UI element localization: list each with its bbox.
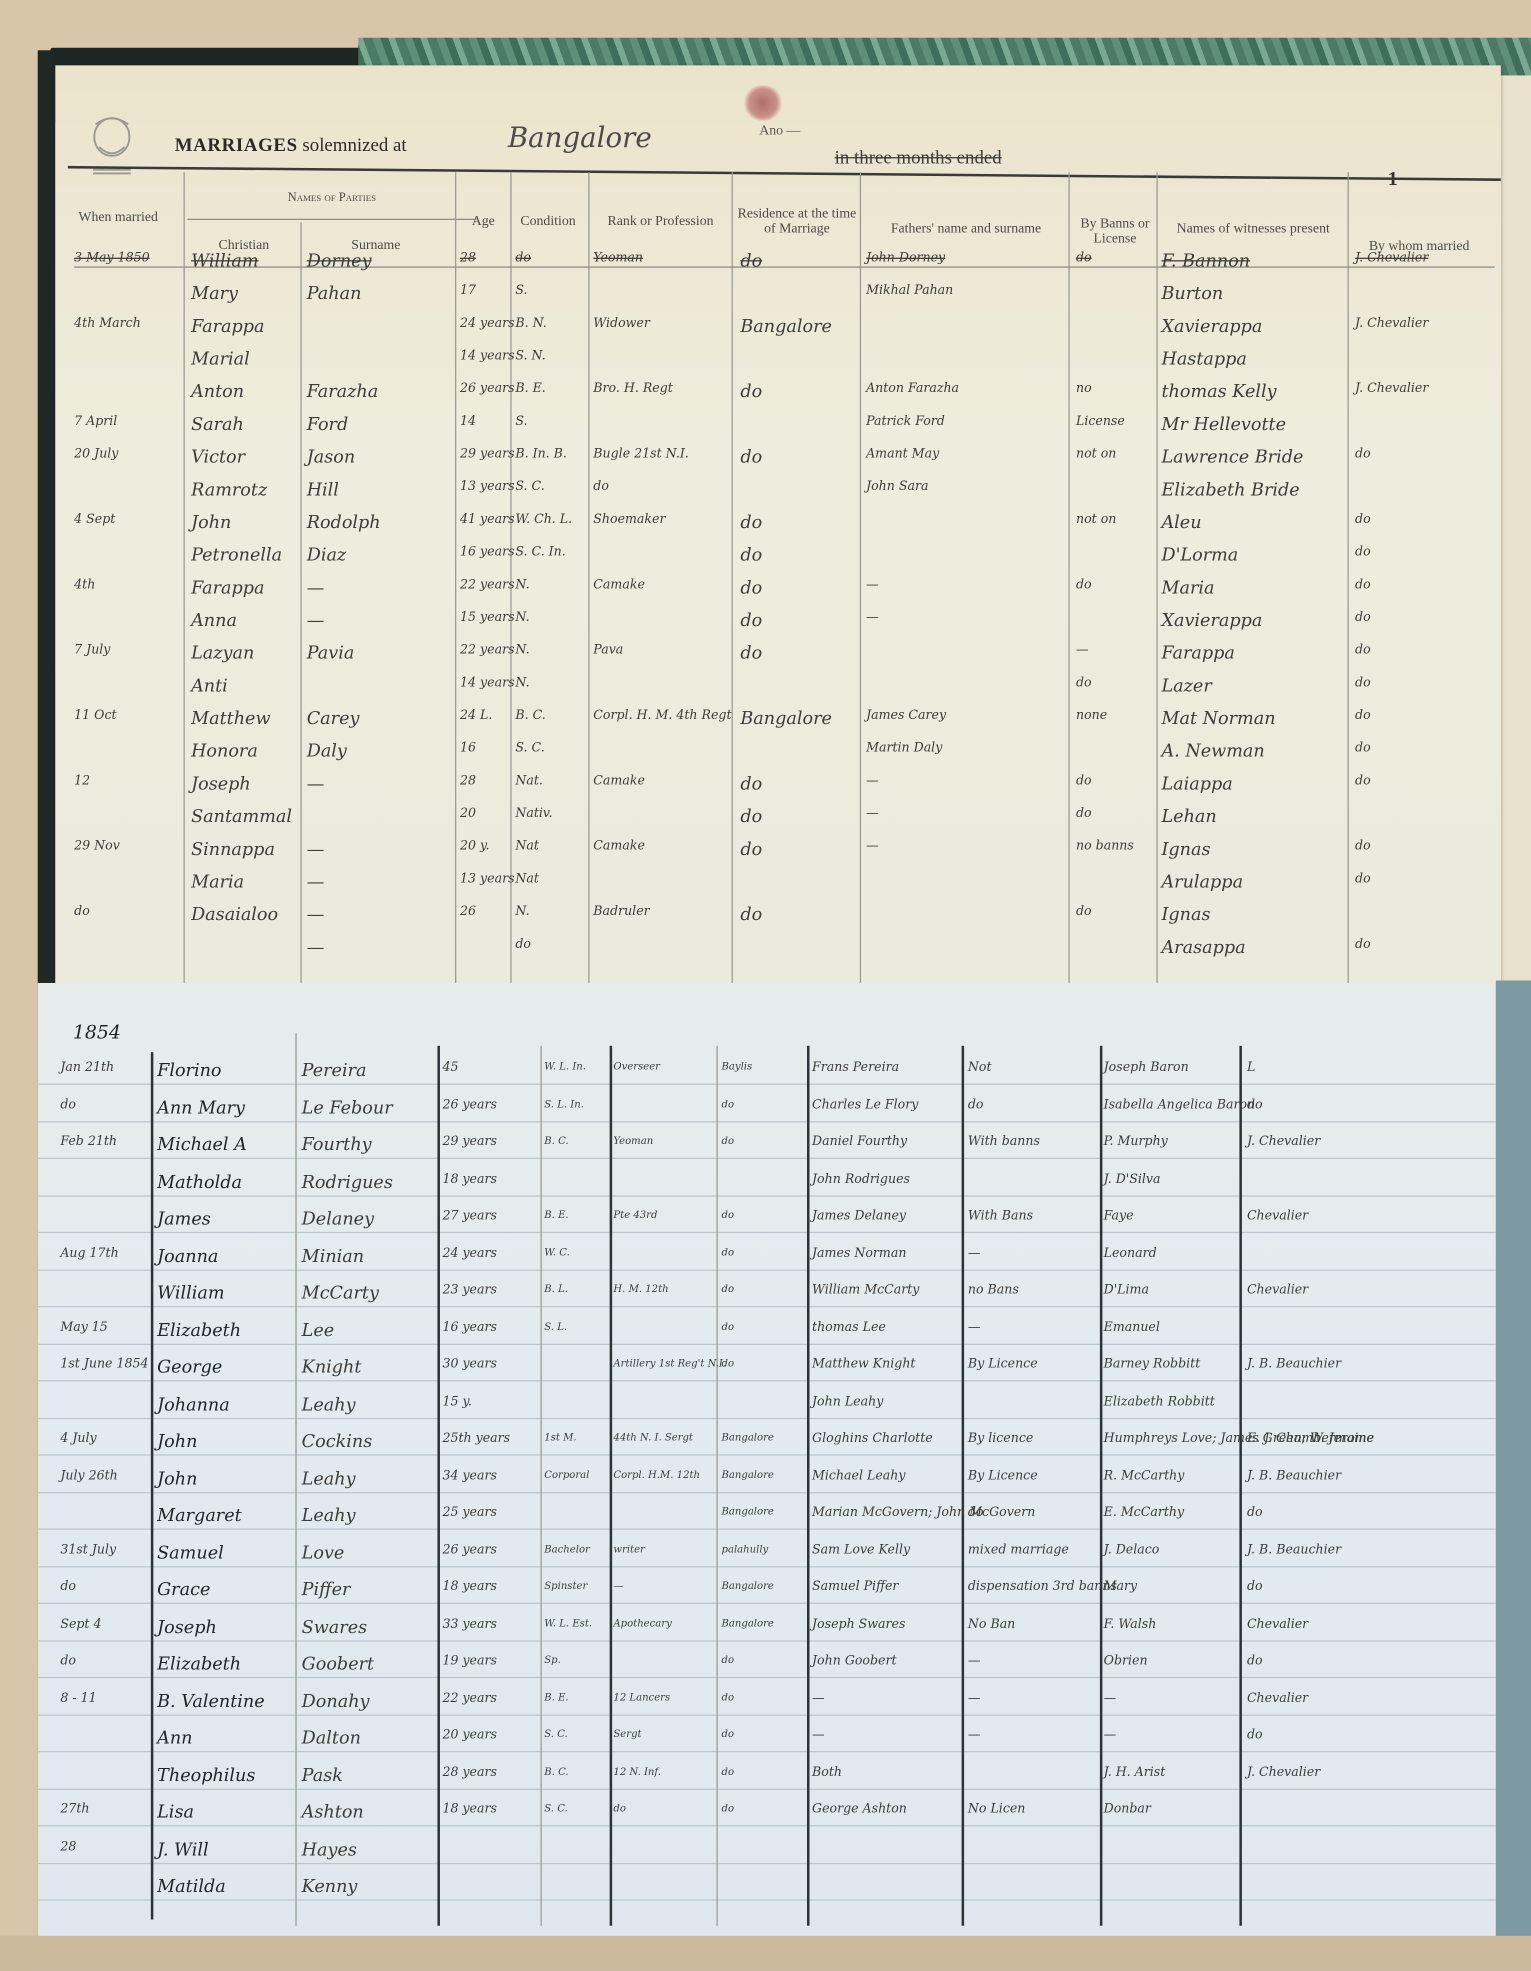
ruled-line	[38, 1195, 1496, 1196]
cell-rank: H. M. 12th	[613, 1283, 668, 1294]
cell-christian: Matilda	[157, 1877, 226, 1897]
cell-christian: Sinnappa	[191, 840, 275, 860]
cell-age: 17	[460, 284, 476, 298]
cell-age: 13 years	[460, 480, 515, 494]
cell-christian: Joseph	[157, 1617, 217, 1637]
col-divider	[732, 172, 733, 983]
cell-christian: Anna	[191, 611, 237, 631]
cell-residence: Bangalore	[722, 1617, 774, 1628]
cell-age: 23 years	[442, 1283, 497, 1297]
cell-banns: not on	[1076, 513, 1116, 527]
cell-christian: Anti	[191, 676, 228, 696]
cell-witness: J. D'Silva	[1104, 1172, 1161, 1186]
cell-rank: Corpl. H.M. 12th	[613, 1469, 700, 1480]
cell-by_whom: do	[1247, 1580, 1263, 1594]
ruled-line	[38, 1491, 1496, 1492]
col-surname: Surname	[300, 238, 451, 253]
cell-surname: —	[307, 905, 325, 925]
cell-by_whom: do	[1247, 1098, 1263, 1112]
ruled-line	[38, 1677, 1496, 1678]
cell-date: 28	[60, 1840, 76, 1854]
cell-residence: do	[722, 1654, 734, 1665]
cell-banns: License	[1076, 415, 1125, 429]
cell-christian: Ann Mary	[157, 1098, 245, 1118]
cell-christian: Matholda	[157, 1172, 242, 1192]
cell-father: Both	[812, 1765, 842, 1779]
cell-surname: Donahy	[302, 1691, 370, 1711]
cell-christian: William	[157, 1283, 224, 1303]
cell-surname: Hayes	[302, 1840, 357, 1860]
cell-by_whom: do	[1355, 938, 1371, 952]
cell-residence: do	[722, 1691, 734, 1702]
cell-christian: Matthew	[191, 709, 270, 729]
cell-witness: Farappa	[1161, 644, 1234, 664]
cell-age: 14 years	[460, 676, 515, 690]
col-divider	[1100, 1046, 1102, 1926]
cell-by_whom: do	[1355, 611, 1371, 625]
cell-surname: Piffer	[302, 1580, 351, 1600]
ruled-line	[38, 1566, 1496, 1567]
cell-father: —	[866, 840, 879, 854]
cell-age: 13 years	[460, 872, 515, 886]
cell-banns: do	[1076, 578, 1092, 592]
cell-residence: Bangalore	[722, 1432, 774, 1443]
cell-christian: B. Valentine	[157, 1691, 265, 1711]
col-divider	[1348, 172, 1349, 983]
title-caps: MARRIAGES	[175, 136, 298, 156]
cell-witness: Hastappa	[1161, 349, 1246, 369]
cell-father: Amant May	[866, 447, 939, 461]
cell-christian: Elizabeth	[157, 1320, 241, 1340]
cell-age: 29 years	[460, 447, 515, 461]
cell-condition: Nat.	[515, 774, 543, 788]
cell-condition: B. In. B.	[515, 447, 567, 461]
cell-rank: Pava	[593, 644, 623, 658]
cell-age: 24 years	[460, 317, 515, 331]
cell-condition: B. E.	[515, 382, 545, 396]
cell-condition: B. C.	[544, 1765, 568, 1776]
cell-age: 22 years	[460, 578, 515, 592]
cell-christian: Anton	[191, 382, 244, 402]
cell-condition: W. Ch. L.	[515, 513, 572, 527]
ruled-line	[38, 1121, 1496, 1122]
cell-surname: Rodolph	[307, 513, 381, 533]
cell-condition: Nat	[515, 872, 539, 886]
cell-residence: do	[722, 1728, 734, 1739]
cell-age: 26 years	[442, 1543, 497, 1557]
cell-age: 20 y.	[460, 840, 489, 854]
cell-age: 25 years	[442, 1506, 497, 1520]
cell-father: thomas Lee	[812, 1320, 886, 1334]
cell-residence: do	[722, 1246, 734, 1257]
cell-condition: N.	[515, 611, 529, 625]
cell-by_whom: L	[1247, 1061, 1255, 1075]
cell-rank: Sergt	[613, 1728, 641, 1739]
cell-age: 24 L.	[460, 709, 492, 723]
col-divider	[151, 1052, 153, 1919]
cell-date: 4 July	[60, 1432, 96, 1446]
cell-surname: Delaney	[302, 1209, 374, 1229]
cell-by_whom: J. B. Beauchier	[1247, 1469, 1341, 1483]
cell-surname: Pask	[302, 1765, 343, 1785]
cell-condition: S. N.	[515, 349, 545, 363]
cell-age: 18 years	[442, 1803, 497, 1817]
cell-father: William McCarty	[812, 1283, 919, 1297]
cell-rank: Overseer	[613, 1061, 660, 1072]
col-witnesses: Names of witnesses present	[1159, 221, 1348, 236]
cell-father: Sam Love Kelly	[812, 1543, 910, 1557]
cell-banns: none	[1076, 709, 1107, 723]
cell-surname: Rodrigues	[302, 1172, 393, 1192]
book-cover-edge	[1496, 980, 1531, 1971]
cell-surname: Fourthy	[302, 1135, 372, 1155]
cell-residence: do	[722, 1209, 734, 1220]
cell-banns: do	[1076, 807, 1092, 821]
cell-father: John Sara	[866, 480, 928, 494]
col-divider	[184, 172, 185, 983]
cell-father: —	[812, 1728, 825, 1742]
cell-age: 30 years	[442, 1358, 497, 1372]
col-divider	[541, 1046, 542, 1926]
cell-condition: Nat	[515, 840, 539, 854]
cell-by_whom: J. B. Beauchier	[1247, 1543, 1341, 1557]
cell-christian: Farappa	[191, 578, 264, 598]
cell-by_whom: J. Chevalier	[1247, 1135, 1320, 1149]
cell-condition: N.	[515, 905, 529, 919]
table-surface	[0, 1936, 1531, 1971]
cell-date: 7 July	[74, 644, 110, 658]
cell-father: James Delaney	[812, 1209, 906, 1223]
cell-by_whom: do	[1355, 872, 1371, 886]
cell-age: 15 y.	[442, 1395, 471, 1409]
cell-banns: No Licen	[968, 1803, 1026, 1817]
ruled-line	[38, 1751, 1496, 1752]
cell-condition: Corporal	[544, 1469, 589, 1480]
cell-banns: dispensation 3rd banns	[968, 1580, 1117, 1594]
cell-father: Samuel Piffer	[812, 1580, 898, 1594]
cell-father: Joseph Swares	[812, 1617, 905, 1631]
year-label: 1854	[73, 1021, 121, 1044]
cell-residence: do	[722, 1098, 734, 1109]
cell-surname: Ashton	[302, 1803, 364, 1823]
cell-witness: R. McCarthy	[1104, 1469, 1185, 1483]
col-divider	[1068, 172, 1069, 983]
cell-surname: Leahy	[302, 1395, 356, 1415]
cell-rank: Camake	[593, 840, 645, 854]
cell-banns: no	[1076, 382, 1092, 396]
cell-residence: do	[740, 447, 762, 467]
ruled-line	[38, 1788, 1496, 1789]
cell-by_whom: Chevalier	[1247, 1209, 1308, 1223]
cell-condition: S. L.	[544, 1320, 567, 1331]
cell-rank: Apothecary	[613, 1617, 671, 1628]
cell-witness: Elizabeth Robbitt	[1104, 1395, 1215, 1409]
cell-father: Michael Leahy	[812, 1469, 905, 1483]
cell-residence: do	[740, 905, 762, 925]
cell-father: Matthew Knight	[812, 1358, 915, 1372]
cell-by_whom: do	[1355, 513, 1371, 527]
col-banns: By Banns or License	[1071, 216, 1159, 246]
cell-witness: Mat Norman	[1161, 709, 1275, 729]
ruled-line	[38, 1454, 1496, 1455]
col-divider	[716, 1046, 717, 1926]
cell-banns: —	[1076, 644, 1089, 658]
cell-residence: do	[722, 1358, 734, 1369]
cell-date: 7 April	[74, 415, 117, 429]
cell-by_whom: J. Chevalier	[1355, 251, 1428, 265]
cell-father: —	[866, 774, 879, 788]
cell-father: —	[866, 807, 879, 821]
cell-date: 27th	[60, 1803, 89, 1817]
cell-rank: Camake	[593, 578, 645, 592]
cell-witness: E. McCarthy	[1104, 1506, 1184, 1520]
cell-age: 24 years	[442, 1246, 497, 1260]
cell-rank: 12 N. Inf.	[613, 1765, 661, 1776]
cell-banns: not on	[1076, 447, 1116, 461]
cell-father: Daniel Fourthy	[812, 1135, 907, 1149]
cell-witness: Donbar	[1104, 1803, 1151, 1817]
cell-christian: William	[191, 251, 258, 271]
col-when-married: When married	[74, 210, 162, 225]
cell-witness: Mr Hellevotte	[1161, 415, 1286, 435]
cell-surname: Pereira	[302, 1061, 367, 1081]
cell-surname: Farazha	[307, 382, 379, 402]
cell-surname: Le Febour	[302, 1098, 393, 1118]
header-bottom-rule	[74, 266, 1494, 267]
cell-witness: J. Delaco	[1104, 1543, 1160, 1557]
col-divider	[295, 1033, 296, 1925]
col-divider	[860, 172, 861, 983]
cell-condition: S.	[515, 415, 527, 429]
cell-surname: McCarty	[302, 1283, 379, 1303]
cell-surname: Pahan	[307, 284, 362, 304]
col-divider	[1156, 172, 1157, 983]
cell-christian: Mary	[191, 284, 238, 304]
cell-father: Mikhal Pahan	[866, 284, 953, 298]
cell-father: John Goobert	[812, 1654, 897, 1668]
cell-christian: Petronella	[191, 546, 282, 566]
cell-date: 20 July	[74, 447, 118, 461]
cell-father: James Carey	[866, 709, 946, 723]
cell-condition: S. C.	[544, 1803, 567, 1814]
cell-banns: By licence	[968, 1432, 1033, 1446]
cell-age: 14 years	[460, 349, 515, 363]
cell-by_whom: do	[1247, 1506, 1263, 1520]
cell-christian: Ramrotz	[191, 480, 267, 500]
ruled-line	[38, 1343, 1496, 1344]
cell-christian: Maria	[191, 872, 244, 892]
cell-christian: J. Will	[157, 1840, 209, 1860]
cell-by_whom: do	[1355, 676, 1371, 690]
cell-by_whom: do	[1355, 578, 1371, 592]
cell-date: do	[60, 1654, 76, 1668]
cell-residence: do	[722, 1803, 734, 1814]
cell-surname: —	[307, 578, 325, 598]
cell-condition: S. C. In.	[515, 546, 565, 560]
cell-banns: mixed marriage	[968, 1543, 1069, 1557]
cell-surname: —	[307, 872, 325, 892]
cell-by_whom: J. Chevalier	[1355, 382, 1428, 396]
cell-witness: Barney Robbitt	[1104, 1358, 1201, 1372]
cell-surname: —	[307, 840, 325, 860]
cell-condition: W. L. Est.	[544, 1617, 592, 1628]
cell-banns: do	[1076, 905, 1092, 919]
cell-banns: do	[1076, 251, 1092, 265]
ruled-line	[38, 1306, 1496, 1307]
cell-surname: Love	[302, 1543, 345, 1563]
cell-residence: Baylis	[722, 1061, 753, 1072]
cell-rank: do	[593, 480, 609, 494]
cell-age: 45	[442, 1061, 458, 1075]
ruled-line	[38, 1417, 1496, 1418]
cell-christian: Margaret	[157, 1506, 242, 1526]
cell-christian: Marial	[191, 349, 250, 369]
cell-by_whom: do	[1355, 709, 1371, 723]
cell-condition: 1st M.	[544, 1432, 576, 1443]
cell-age: 14	[460, 415, 476, 429]
cell-age: 16 years	[460, 546, 515, 560]
ruled-line	[38, 1825, 1496, 1826]
cell-by_whom: do	[1355, 447, 1371, 461]
cell-banns: do	[968, 1506, 984, 1520]
cell-by_whom: Chevalier	[1247, 1691, 1308, 1705]
cell-surname: Cockins	[302, 1432, 373, 1452]
cell-banns: do	[968, 1098, 984, 1112]
cell-witness: thomas Kelly	[1161, 382, 1276, 402]
cell-christian: Johanna	[157, 1395, 230, 1415]
cell-date: Aug 17th	[60, 1246, 118, 1260]
cell-by_whom: do	[1355, 644, 1371, 658]
cell-rank: Bugle 21st N.I.	[593, 447, 688, 461]
col-divider	[588, 172, 589, 983]
cell-witness: Obrien	[1104, 1654, 1148, 1668]
cell-condition: N.	[515, 676, 529, 690]
title-suffix: solemnized at	[302, 136, 406, 156]
cell-christian: Honora	[191, 742, 258, 762]
cell-age: 28	[460, 774, 476, 788]
col-divider	[455, 172, 456, 983]
cell-by_whom: J. Chevalier	[1355, 317, 1428, 331]
cell-rank: Camake	[593, 774, 645, 788]
cell-surname: Minian	[302, 1246, 364, 1266]
cell-banns: no banns	[1076, 840, 1134, 854]
cell-surname: Pavia	[307, 644, 355, 664]
cell-residence: do	[740, 513, 762, 533]
cell-christian: Farappa	[191, 317, 264, 337]
cell-condition: W. L. In.	[544, 1061, 586, 1072]
cell-condition: B. E.	[544, 1209, 568, 1220]
cell-condition: do	[515, 938, 531, 952]
cell-age: 18 years	[442, 1580, 497, 1594]
cell-father: James Norman	[812, 1246, 906, 1260]
cell-age: 27 years	[442, 1209, 497, 1223]
cell-surname: Leahy	[302, 1506, 356, 1526]
cell-father: Gloghins Charlotte	[812, 1432, 933, 1446]
cell-condition: S. C.	[544, 1728, 567, 1739]
cell-rank: Shoemaker	[593, 513, 665, 527]
cell-condition: B. L.	[544, 1283, 568, 1294]
cell-witness: Lawrence Bride	[1161, 447, 1303, 467]
cell-by_whom: J. Chevalier	[1247, 1765, 1320, 1779]
cell-condition: B. C.	[515, 709, 545, 723]
cell-age: 19 years	[442, 1654, 497, 1668]
ruled-line	[38, 1158, 1496, 1159]
ruled-line	[38, 1380, 1496, 1381]
cell-rank: 12 Lancers	[613, 1691, 670, 1702]
cell-surname: Kenny	[302, 1877, 358, 1897]
col-fathers: Fathers' name and surname	[862, 221, 1069, 236]
cell-father: Patrick Ford	[866, 415, 945, 429]
cell-father: Frans Pereira	[812, 1061, 899, 1075]
cell-banns: —	[968, 1246, 981, 1260]
cell-banns: With banns	[968, 1135, 1040, 1149]
col-divider	[300, 222, 301, 982]
cell-condition: B. N.	[515, 317, 546, 331]
cell-rank: —	[613, 1580, 623, 1591]
cell-date: July 26th	[60, 1469, 117, 1483]
cell-condition: Sp.	[544, 1654, 561, 1665]
cell-rank: Pte 43rd	[613, 1209, 657, 1220]
cell-date: Sept 4	[60, 1617, 101, 1631]
cell-witness: Xavierappa	[1161, 611, 1262, 631]
cell-witness: Leonard	[1104, 1246, 1157, 1260]
cell-age: 28	[460, 251, 476, 265]
cell-banns: By Licence	[968, 1358, 1038, 1372]
cell-residence: Bangalore	[722, 1580, 774, 1591]
cell-witness: F. Walsh	[1104, 1617, 1157, 1631]
cell-residence: do	[740, 807, 762, 827]
cell-date: do	[74, 905, 90, 919]
col-divider	[610, 1046, 612, 1926]
cell-surname: Knight	[302, 1358, 362, 1378]
cell-surname: —	[307, 611, 325, 631]
cell-surname: Swares	[302, 1617, 367, 1637]
cell-banns: —	[968, 1654, 981, 1668]
cell-witness: Laiappa	[1161, 774, 1232, 794]
ruled-line	[38, 1269, 1496, 1270]
cell-witness: Lazer	[1161, 676, 1211, 696]
cell-age: 18 years	[442, 1172, 497, 1186]
cell-witness: Faye	[1104, 1209, 1134, 1223]
cell-christian: Dasaialoo	[191, 905, 278, 925]
cell-condition: B. C.	[544, 1135, 568, 1146]
cell-age: 22 years	[442, 1691, 497, 1705]
cell-date: Jan 21th	[60, 1061, 114, 1075]
cell-banns: —	[968, 1320, 981, 1334]
cell-residence: do	[722, 1135, 734, 1146]
cell-christian: Ann	[157, 1728, 192, 1748]
cell-witness: J. H. Arist	[1104, 1765, 1166, 1779]
cell-condition: Nativ.	[515, 807, 552, 821]
cell-date: 29 Nov	[74, 840, 120, 854]
cell-surname: Lee	[302, 1320, 335, 1340]
cell-christian: Samuel	[157, 1543, 224, 1563]
cell-condition: B. E.	[544, 1691, 568, 1702]
cell-rank: Corpl. H. M. 4th Regt	[593, 709, 731, 723]
cell-rank: writer	[613, 1543, 644, 1554]
wax-stain	[744, 85, 782, 120]
cell-christian: Michael A	[157, 1135, 247, 1155]
col-divider	[437, 1046, 439, 1926]
cell-by_whom: do	[1247, 1654, 1263, 1668]
cell-date: 31st July	[60, 1543, 116, 1557]
cell-by_whom: E. J. Chambermaine	[1247, 1432, 1374, 1446]
cell-banns: do	[1076, 774, 1092, 788]
cell-by_whom: J. B. Beauchier	[1247, 1358, 1341, 1372]
title-place: Bangalore	[508, 123, 652, 154]
cell-christian: Lisa	[157, 1803, 194, 1823]
col-divider	[962, 1046, 964, 1926]
